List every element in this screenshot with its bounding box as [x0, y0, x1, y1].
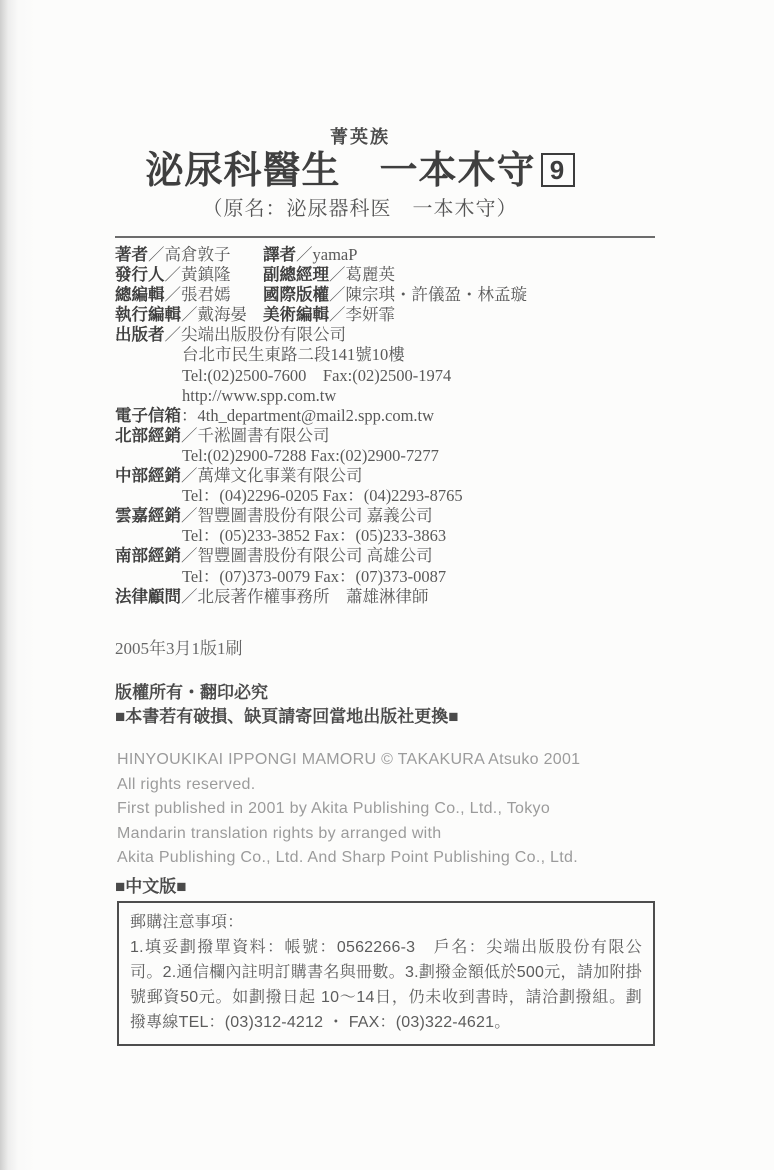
english-copyright-line: Akita Publishing Co., Ltd. And Sharp Poi…: [117, 846, 677, 871]
credit-label: 南部經銷: [115, 547, 181, 565]
mail-order-body: 1.填妥劃撥單資料：帳號：0562266-3 戶名：尖端出版股份有限公司。2.通…: [130, 935, 642, 1035]
credit-value: ／yamaP: [296, 245, 357, 264]
english-copyright-line: HINYOUKIKAI IPPONGI MAMORU © TAKAKURA At…: [117, 748, 677, 773]
credit-line: 出版者／尖端出版股份有限公司: [115, 325, 675, 345]
credit-label: 副總經理: [263, 266, 329, 284]
mail-order-title: 郵購注意事項：: [130, 910, 642, 935]
credit-label: 雲嘉經銷: [115, 507, 181, 525]
english-copyright-line: All rights reserved.: [117, 773, 677, 798]
credit-value: ／陳宗琪・許儀盈・林孟璇: [329, 285, 527, 304]
credit-label: 國際版權: [263, 286, 329, 304]
publisher-email: ：4th_department@mail2.spp.com.tw: [181, 406, 434, 425]
publisher-address: 台北市民生東路二段141號10樓: [115, 345, 675, 365]
credit-value: ／戴海晏: [181, 305, 247, 324]
damage-return-notice: ■本書若有破損、缺頁請寄回當地出版社更換■: [115, 706, 459, 728]
distributor-phone: Tel：(07)373-0079 Fax：(07)373-0087: [115, 567, 675, 587]
credit-label: 總編輯: [115, 286, 165, 304]
credit-value: ／智豐圖書股份有限公司 高雄公司: [181, 546, 433, 565]
credit-line: 發行人／黃鎮隆副總經理／葛麗英: [115, 265, 675, 285]
rights-notice: 版權所有・翻印必究 ■本書若有破損、缺頁請寄回當地出版社更換■: [115, 682, 459, 728]
printing-info: 2005年3月1版1刷: [115, 634, 243, 659]
credit-label: 著者: [115, 246, 148, 264]
rights-notice-line1: 版權所有・翻印必究: [115, 682, 459, 704]
english-copyright-line: First published in 2001 by Akita Publish…: [117, 797, 677, 822]
credit-value: ／高倉敦子: [148, 245, 231, 264]
credit-line: 南部經銷／智豐圖書股份有限公司 高雄公司: [115, 546, 675, 566]
credit-label: 中部經銷: [115, 467, 181, 485]
distributor-phone: Tel:(02)2900-7288 Fax:(02)2900-7277: [115, 446, 675, 466]
credit-value: ／黃鎮隆: [165, 265, 231, 284]
credit-value: ／張君嫣: [165, 285, 231, 304]
credit-value: ／千淞圖書有限公司: [181, 426, 330, 445]
credit-line: 中部經銷／萬燁文化事業有限公司: [115, 466, 675, 486]
distributor-phone: Tel：(05)233-3852 Fax：(05)233-3863: [115, 526, 675, 546]
english-copyright-line: Mandarin translation rights by arranged …: [117, 822, 677, 847]
book-title: 泌尿科醫生 一本木守: [145, 150, 535, 192]
page-title: 泌尿科醫生 一本木守9: [110, 148, 610, 194]
credit-line: 雲嘉經銷／智豐圖書股份有限公司 嘉義公司: [115, 506, 675, 526]
credit-line: 著者／高倉敦子譯者／yamaP: [115, 245, 675, 265]
chinese-edition-label: ■中文版■: [115, 872, 187, 897]
publisher-phone: Tel:(02)2500-7600 Fax:(02)2500-1974: [115, 366, 675, 386]
credit-line: 北部經銷／千淞圖書有限公司: [115, 426, 675, 446]
credit-label: 電子信箱: [115, 407, 181, 425]
credit-value: ／智豐圖書股份有限公司 嘉義公司: [181, 506, 433, 525]
credit-value: ／北辰著作權事務所 蕭雄淋律師: [181, 587, 429, 606]
publisher-website: http://www.spp.com.tw: [115, 386, 675, 406]
credit-value: ／萬燁文化事業有限公司: [181, 466, 363, 485]
series-label: 菁英族: [110, 126, 610, 148]
credit-label: 法律顧問: [115, 588, 181, 606]
mail-order-box: 郵購注意事項： 1.填妥劃撥單資料：帳號：0562266-3 戶名：尖端出版股份…: [117, 901, 655, 1046]
credit-label: 發行人: [115, 266, 165, 284]
credit-line: 總編輯／張君嫣國際版權／陳宗琪・許儀盈・林孟璇: [115, 285, 675, 305]
credit-value: ／葛麗英: [329, 265, 395, 284]
divider-rule: [115, 236, 655, 238]
credit-line: 執行編輯／戴海晏美術編輯／李妍霏: [115, 305, 675, 325]
credits-section: 著者／高倉敦子譯者／yamaP 發行人／黃鎮隆副總經理／葛麗英 總編輯／張君嫣國…: [115, 245, 675, 607]
volume-badge: 9: [541, 153, 575, 187]
credit-line: 法律顧問／北辰著作權事務所 蕭雄淋律師: [115, 587, 675, 607]
credit-label: 出版者: [115, 326, 165, 344]
english-copyright: HINYOUKIKAI IPPONGI MAMORU © TAKAKURA At…: [117, 748, 677, 871]
original-title: （原名：泌尿器科医 一本木守）: [110, 196, 610, 222]
credit-label: 北部經銷: [115, 427, 181, 445]
credit-line: 電子信箱：4th_department@mail2.spp.com.tw: [115, 406, 675, 426]
credit-label: 美術編輯: [263, 306, 329, 324]
credit-value: ／尖端出版股份有限公司: [165, 325, 347, 344]
distributor-phone: Tel：(04)2296-0205 Fax：(04)2293-8765: [115, 486, 675, 506]
title-block: 菁英族 泌尿科醫生 一本木守9 （原名：泌尿器科医 一本木守）: [110, 126, 610, 222]
colophon-page: 菁英族 泌尿科醫生 一本木守9 （原名：泌尿器科医 一本木守） 著者／高倉敦子譯…: [0, 0, 774, 1170]
credit-label: 譯者: [263, 246, 296, 264]
credit-value: ／李妍霏: [329, 305, 395, 324]
credit-label: 執行編輯: [115, 306, 181, 324]
